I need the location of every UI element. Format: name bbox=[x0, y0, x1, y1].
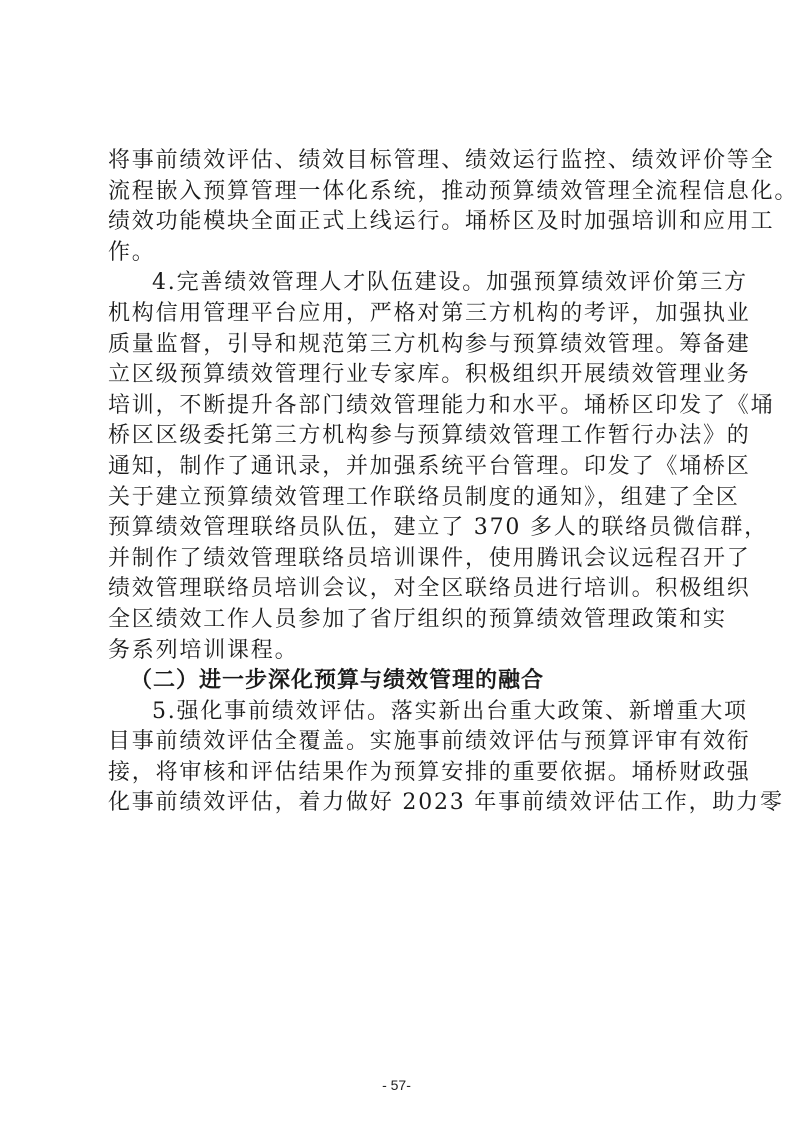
text-line: 桥区区级委托第三方机构参与预算绩效管理工作暂行办法》的 bbox=[108, 421, 704, 452]
text-line: 全区绩效工作人员参加了省厅组织的预算绩效管理政策和实 bbox=[108, 605, 704, 636]
text-line: 立区级预算绩效管理行业专家库。积极组织开展绩效管理业务 bbox=[108, 360, 704, 391]
paragraph-start-line: 4.完善绩效管理人才队伍建设。加强预算绩效评价第三方 bbox=[108, 268, 704, 299]
text-line: 将事前绩效评估、绩效目标管理、绩效运行监控、绩效评价等全 bbox=[108, 146, 704, 177]
text-line: 接，将审核和评估结果作为预算安排的重要依据。埇桥财政强 bbox=[108, 758, 704, 789]
text-line: 通知，制作了通讯录，并加强系统平台管理。印发了《埇桥区 bbox=[108, 452, 704, 483]
document-body: 将事前绩效评估、绩效目标管理、绩效运行监控、绩效评价等全 流程嵌入预算管理一体化… bbox=[108, 146, 704, 819]
text-line: 目事前绩效评估全覆盖。实施事前绩效评估与预算评审有效衔 bbox=[108, 727, 704, 758]
paragraph-start-line: 5.强化事前绩效评估。落实新出台重大政策、新增重大项 bbox=[108, 697, 704, 728]
section-heading: （二）进一步深化预算与绩效管理的融合 bbox=[108, 666, 704, 697]
text-line: 培训，不断提升各部门绩效管理能力和水平。埇桥区印发了《埇 bbox=[108, 391, 704, 422]
text-line: 流程嵌入预算管理一体化系统，推动预算绩效管理全流程信息化。 bbox=[108, 177, 704, 208]
text-line: 作。 bbox=[108, 238, 704, 269]
text-line: 绩效功能模块全面正式上线运行。埇桥区及时加强培训和应用工 bbox=[108, 207, 704, 238]
page-number: - 57- bbox=[0, 1077, 793, 1093]
text-line: 化事前绩效评估，着力做好 2023 年事前绩效评估工作，助力零 bbox=[108, 788, 704, 819]
text-line: 绩效管理联络员培训会议，对全区联络员进行培训。积极组织 bbox=[108, 574, 704, 605]
text-line: 关于建立预算绩效管理工作联络员制度的通知》，组建了全区 bbox=[108, 483, 704, 514]
text-line: 务系列培训课程。 bbox=[108, 636, 704, 667]
text-line: 预算绩效管理联络员队伍，建立了 370 多人的联络员微信群， bbox=[108, 513, 704, 544]
text-line: 机构信用管理平台应用，严格对第三方机构的考评，加强执业 bbox=[108, 299, 704, 330]
text-line: 质量监督，引导和规范第三方机构参与预算绩效管理。筹备建 bbox=[108, 330, 704, 361]
text-line: 并制作了绩效管理联络员培训课件，使用腾讯会议远程召开了 bbox=[108, 544, 704, 575]
